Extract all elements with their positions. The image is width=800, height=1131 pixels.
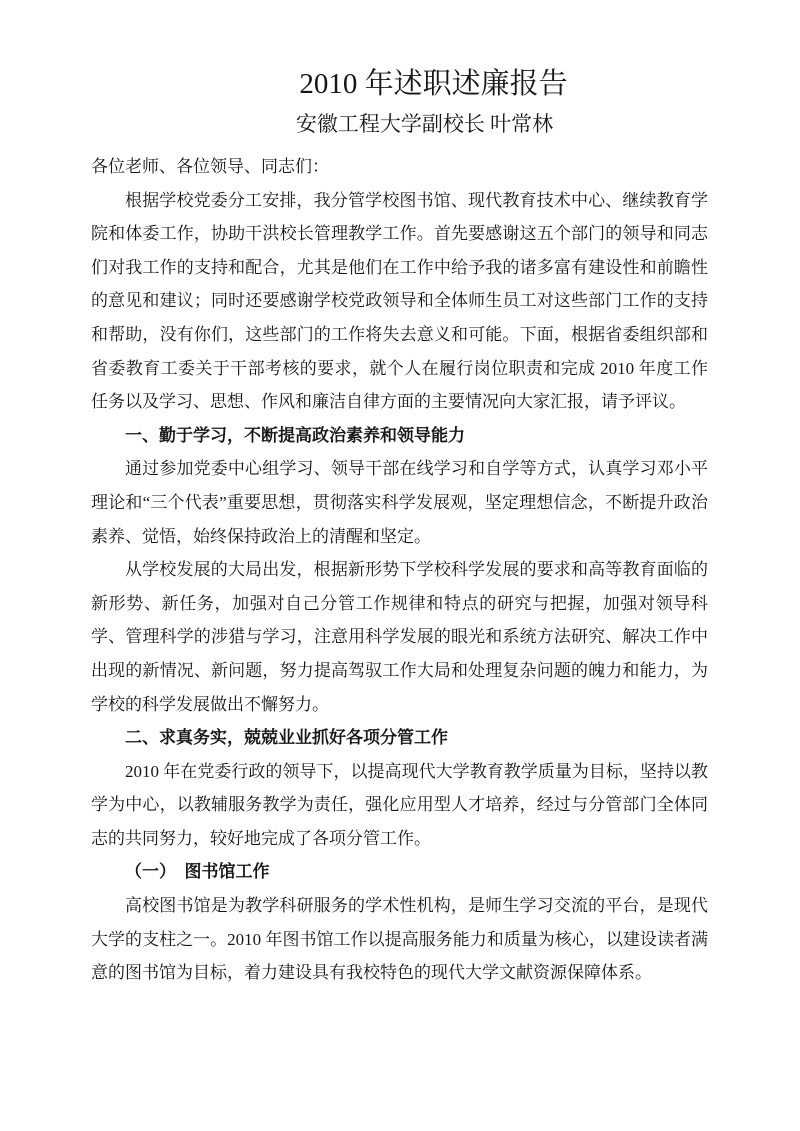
section-heading: （一） 图书馆工作 [91,855,708,889]
salutation: 各位老师、各位领导、同志们： [91,150,708,184]
paragraph: 根据学校党委分工安排，我分管学校图书馆、现代教育技术中心、继续教育学院和体委工作… [91,184,708,419]
paragraph: 通过参加党委中心组学习、领导干部在线学习和自学等方式，认真学习邓小平理论和“三个… [91,452,708,553]
paragraph: 2010 年在党委行政的领导下，以提高现代大学教育教学质量为目标，坚持以教学为中… [91,755,708,856]
section-heading: 一、勤于学习，不断提高政治素养和领导能力 [91,419,708,453]
document-body: 各位老师、各位领导、同志们： 根据学校党委分工安排，我分管学校图书馆、现代教育技… [91,150,708,990]
paragraph: 从学校发展的大局出发，根据新形势下学校科学发展的要求和高等教育面临的新形势、新任… [91,553,708,721]
document-title: 2010 年述职述廉报告 [125,62,742,106]
paragraph: 高校图书馆是为教学科研服务的学术性机构，是师生学习交流的平台，是现代大学的支柱之… [91,889,708,990]
section-heading: 二、求真务实，兢兢业业抓好各项分管工作 [91,721,708,755]
document-page: 2010 年述职述廉报告 安徽工程大学副校长 叶常林 各位老师、各位领导、同志们… [0,0,800,1131]
document-subtitle: 安徽工程大学副校长 叶常林 [116,106,733,143]
